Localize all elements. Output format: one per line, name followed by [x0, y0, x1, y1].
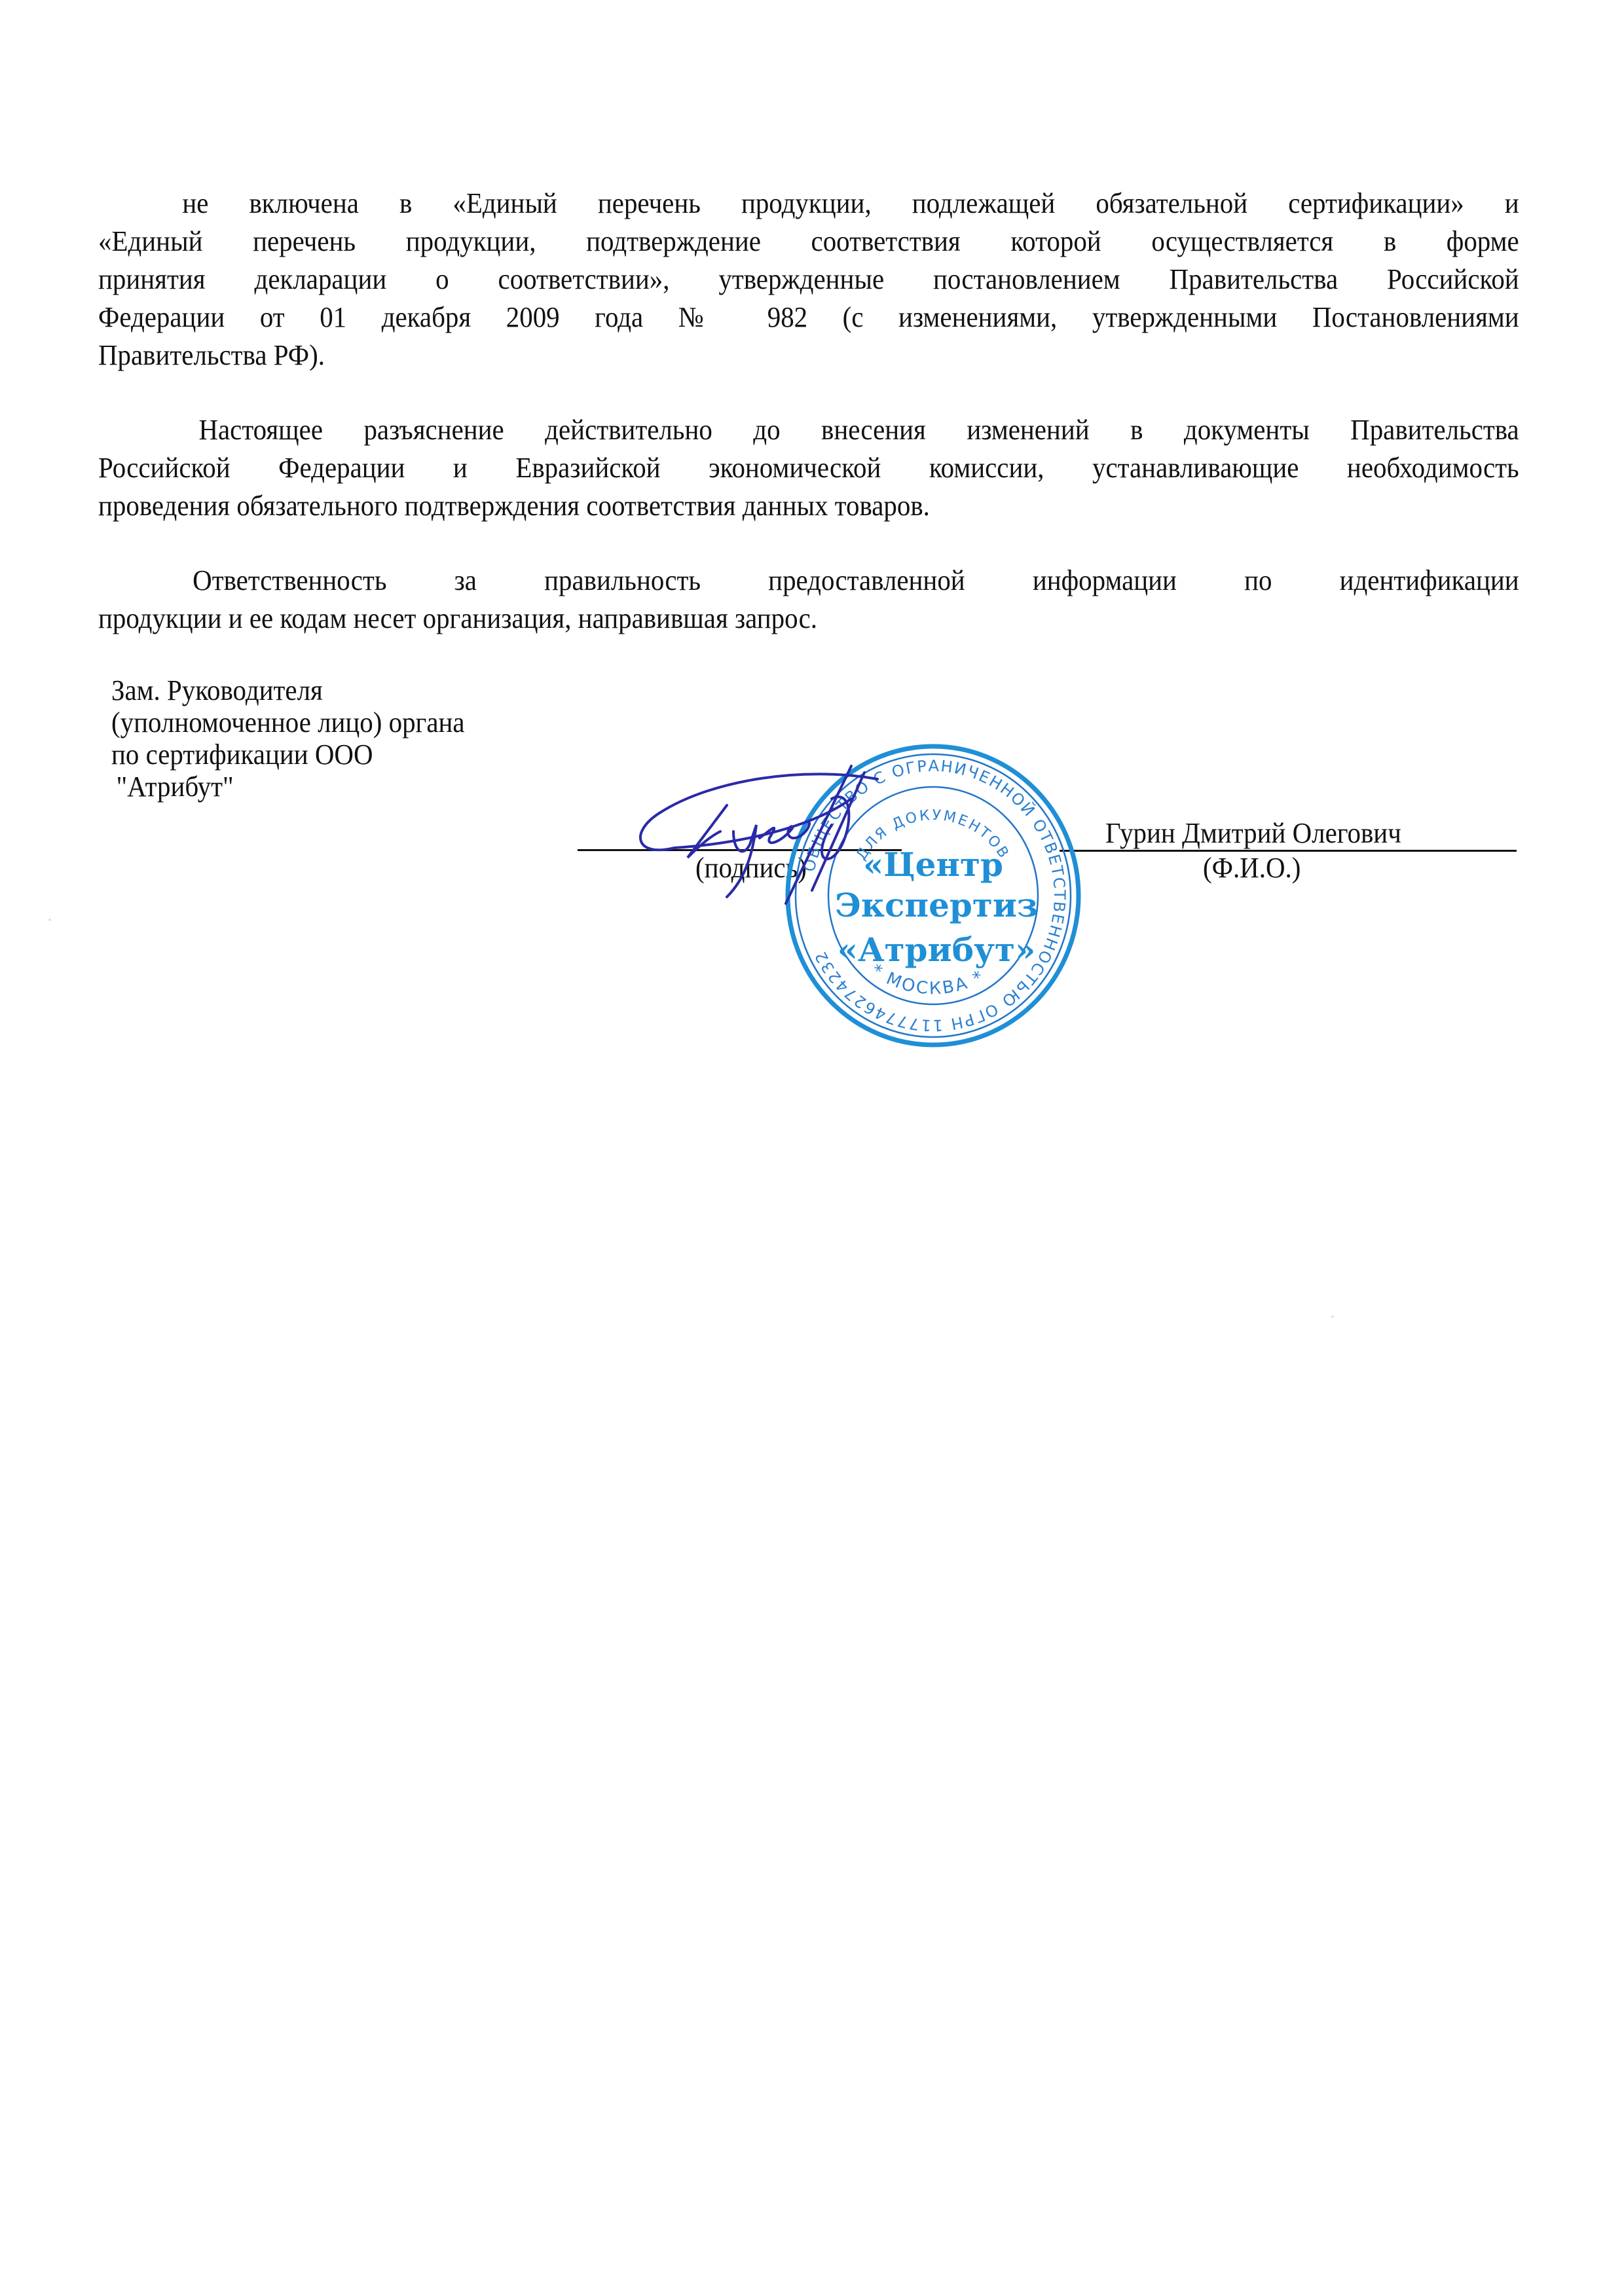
paragraph-line: «Единый перечень продукции, подтверждени… — [98, 223, 1519, 261]
paragraph-responsibility: Ответственность за правильность предоста… — [98, 562, 1519, 638]
document-page: не включена в «Единый перечень продукции… — [0, 0, 1624, 2296]
signatory-position-line: "Атрибут" — [111, 771, 465, 803]
paragraph-line: Ответственность за правильность предоста… — [98, 562, 1519, 600]
signatory-position-line: (уполномоченное лицо) органа — [111, 706, 465, 738]
paragraph-line: Федерации от 01 декабря 2009 года № 982 … — [98, 299, 1519, 337]
signatory-position-line: по сертификации ООО — [111, 738, 465, 771]
paragraph-line: Настоящее разъяснение действительно до в… — [98, 411, 1519, 449]
svg-text:«Атрибут»: «Атрибут» — [838, 930, 1036, 969]
paragraph-line: продукции и ее кодам несет организация, … — [98, 600, 1519, 638]
scan-speck — [1331, 1315, 1334, 1318]
paragraph-line: проведения обязательного подтверждения с… — [98, 487, 1519, 525]
signatory-position: Зам. Руководителя (уполномоченное лицо) … — [111, 674, 465, 803]
handwritten-signature — [635, 759, 910, 923]
paragraph-line: Правительства РФ). — [98, 337, 1519, 374]
signatory-position-line: Зам. Руководителя — [111, 674, 465, 706]
paragraph-validity: Настоящее разъяснение действительно до в… — [98, 411, 1519, 525]
paragraph-product-list-exclusion: не включена в «Единый перечень продукции… — [98, 185, 1519, 374]
paragraph-line: Российской Федерации и Евразийской эконо… — [98, 449, 1519, 487]
paragraph-line: не включена в «Единый перечень продукции… — [98, 185, 1519, 223]
name-caption: (Ф.И.О.) — [1203, 851, 1301, 884]
scan-speck — [48, 919, 51, 921]
paragraph-line: принятия декларации о соответствии», утв… — [98, 261, 1519, 299]
signatory-name: Гурин Дмитрий Олегович — [1105, 816, 1401, 850]
